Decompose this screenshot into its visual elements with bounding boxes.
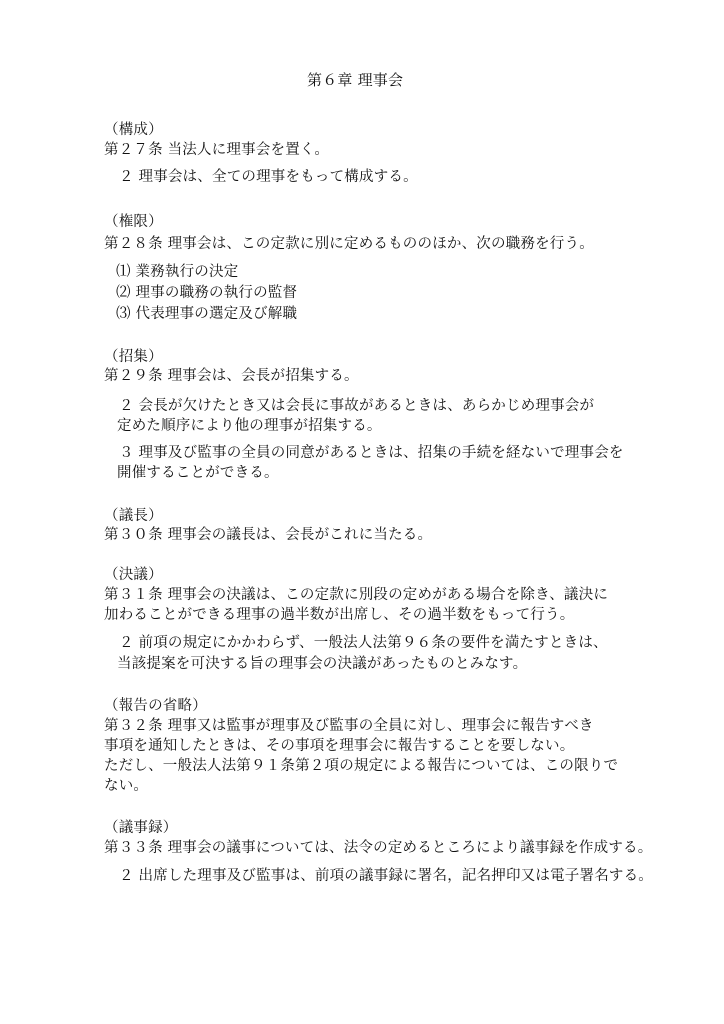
article-heading: （権限） (104, 212, 163, 232)
paragraph-text: 当該提案を可決する旨の理事会の決議があったものとみなす。 (117, 654, 527, 674)
article-text: ない。 (104, 776, 148, 796)
list-item: ⑴ 業務執行の決定 (116, 262, 238, 282)
article-heading: （決議） (104, 565, 163, 585)
article-text: 事項を通知したときは、その事項を理事会に報告することを要しない。 (104, 736, 574, 756)
list-item: ⑶ 代表理事の選定及び解職 (116, 304, 297, 324)
paragraph-text: ２ 前項の規定にかかわらず、一般法人法第９６条の要件を満たすときは、 (119, 633, 608, 653)
article-text: 加わることができる理事の過半数が出席し、その過半数をもって行う。 (104, 605, 574, 625)
article-heading: （構成） (104, 120, 163, 140)
article-text: 第２９条 理事会は、会長が招集する。 (104, 366, 359, 386)
article-heading: （報告の省略） (104, 696, 207, 716)
chapter-title: 第６章 理事会 (307, 70, 403, 90)
article-text: 第３０条 理事会の議長は、会長がこれに当たる。 (104, 525, 432, 545)
article-text: ただし、一般法人法第９１条第２項の規定による報告については、この限りで (104, 756, 618, 776)
paragraph-text: ２ 理事会は、全ての理事をもって構成する。 (119, 167, 418, 187)
paragraph-text: ２ 出席した理事及び監事は、前項の議事録に署名，記名押印又は電子署名する。 (119, 866, 653, 886)
paragraph-text: ３ 理事及び監事の全員の同意があるときは、招集の手続を経ないで理事会を (119, 443, 624, 463)
article-text: 第３２条 理事又は監事が理事及び監事の全員に対し、理事会に報告すべき (104, 716, 594, 736)
article-text: 第２７条 当法人に理事会を置く。 (104, 140, 329, 160)
paragraph-text: 定めた順序により他の理事が招集する。 (117, 416, 382, 436)
article-text: 第２８条 理事会は、この定款に別に定めるもののほか、次の職務を行う。 (104, 234, 594, 254)
article-text: 第３３条 理事会の議事については、法令の定めるところにより議事録を作成する。 (104, 838, 652, 858)
document-page: 第６章 理事会 （構成） 第２７条 当法人に理事会を置く。 ２ 理事会は、全ての… (0, 0, 724, 1024)
article-text: 第３１条 理事会の決議は、この定款に別段の定めがある場合を除き、議決に (104, 585, 608, 605)
paragraph-text: ２ 会長が欠けたとき又は会長に事故があるときは、あらかじめ理事会が (119, 396, 594, 416)
article-heading: （議事録） (104, 818, 178, 838)
article-heading: （議長） (104, 506, 163, 526)
paragraph-text: 開催することができる。 (117, 463, 279, 483)
list-item: ⑵ 理事の職務の執行の監督 (116, 283, 297, 303)
article-heading: （招集） (104, 347, 163, 367)
